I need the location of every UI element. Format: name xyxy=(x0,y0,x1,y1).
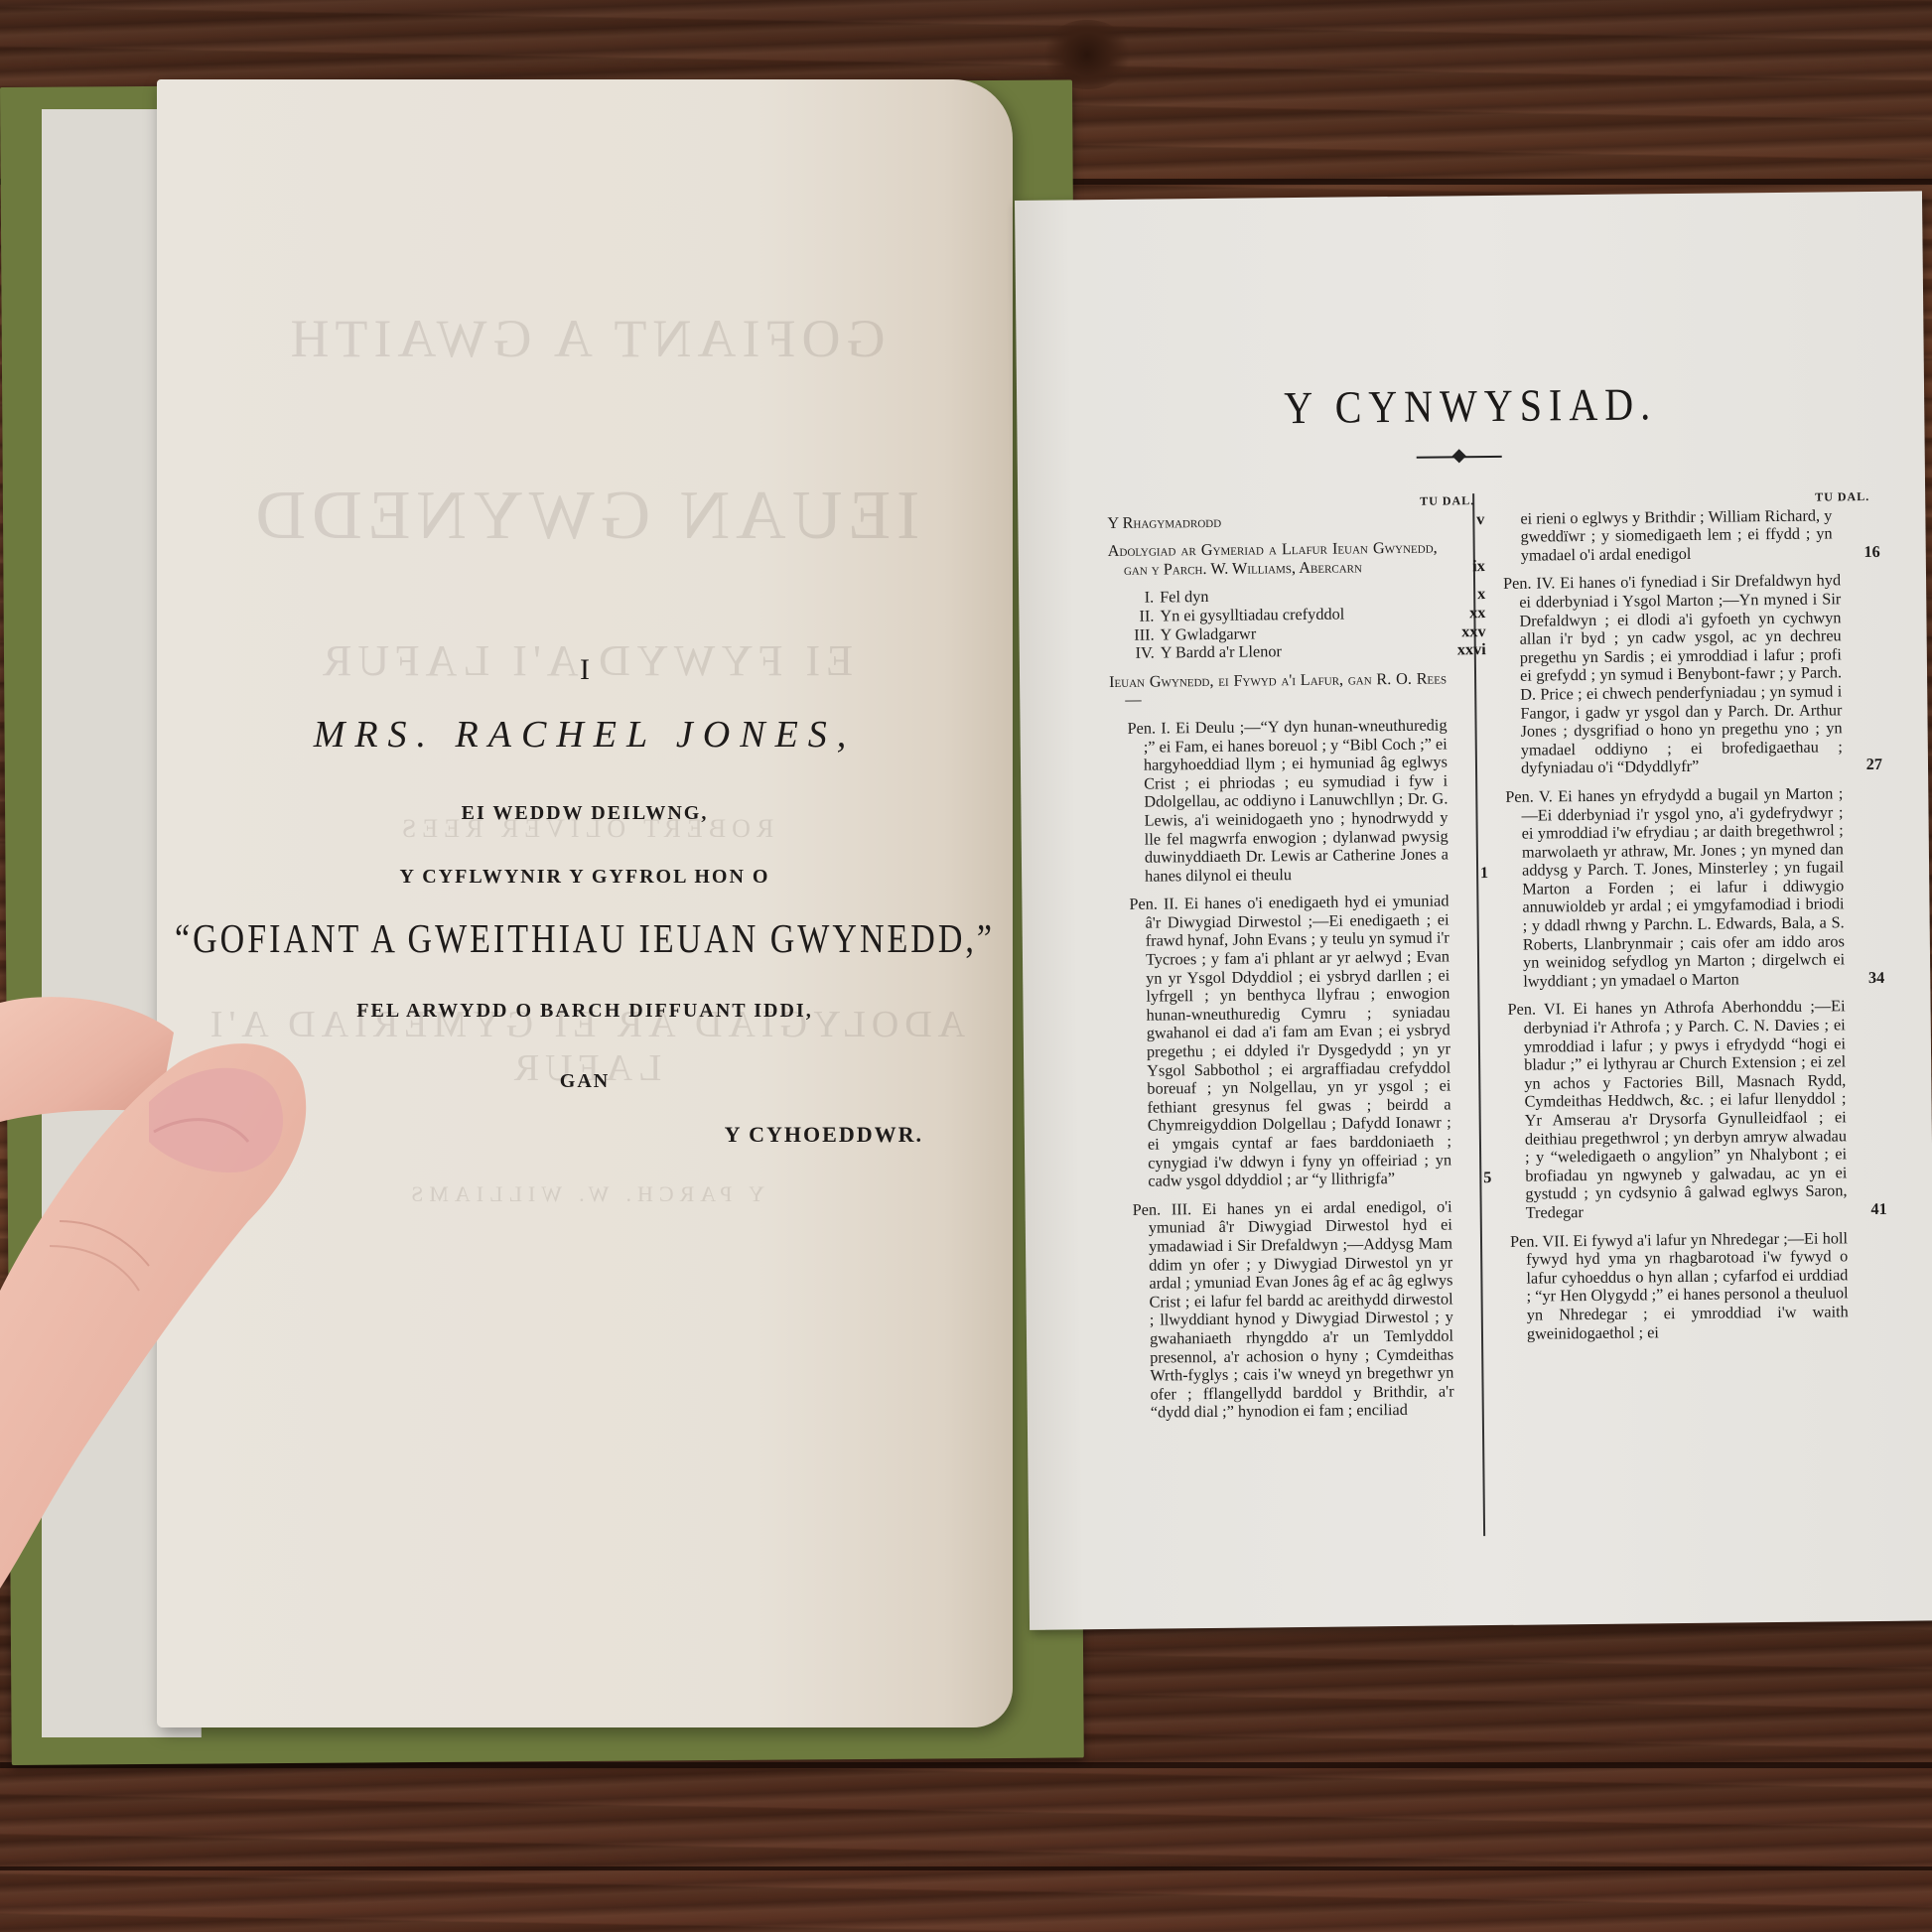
chapter-label: Pen. VII. xyxy=(1510,1231,1569,1251)
toc-chapter[interactable]: Pen. V. Ei hanes yn efrydydd a bugail yn… xyxy=(1505,784,1845,991)
toc-page-number: xx xyxy=(1442,604,1485,622)
chapter-summary: Ei hanes yn ei ardal enedigol, o'i ymuni… xyxy=(1149,1196,1454,1422)
section-number: II. xyxy=(1108,607,1160,625)
toc-page-number: xxvi xyxy=(1443,640,1486,659)
dedication-line: EI WEDDW DEILWNG, xyxy=(157,802,1013,825)
toc-entry-text: Y Rhagymadrodd xyxy=(1107,510,1441,532)
toc-page-number: x xyxy=(1442,585,1485,604)
toc-page-number: 27 xyxy=(1866,756,1882,774)
ornamental-rule-diamond xyxy=(1452,449,1466,463)
section-number: I. xyxy=(1108,589,1160,608)
toc-page-number: 1 xyxy=(1480,864,1488,883)
chapter-label: Pen. I. xyxy=(1127,718,1170,737)
toc-entry[interactable]: Y Rhagymadrodd v xyxy=(1107,510,1445,532)
chapter-summary: Ei hanes yn Athrofa Aberhonddu ;—Ei derb… xyxy=(1524,997,1848,1222)
toc-page-number: ix xyxy=(1472,557,1485,576)
contents-column-right: TU DAL. ei rieni o eglwys y Brithdir ; W… xyxy=(1502,487,1849,1353)
contents-page[interactable]: Y CYNWYSIAD. TU DAL. Y Rhagymadrodd v Ad… xyxy=(1015,191,1932,1629)
chapter-summary: Ei hanes o'i enedigaeth hyd ei ymuniad â… xyxy=(1146,892,1452,1190)
toc-page-number: 16 xyxy=(1863,543,1879,562)
plank-seam xyxy=(0,1866,1932,1870)
dedication-line: GAN xyxy=(157,1070,1013,1093)
section-number: III. xyxy=(1108,625,1160,644)
contents-column-left: TU DAL. Y Rhagymadrodd v Adolygiad ar Gy… xyxy=(1107,491,1454,1432)
chapter-summary: Ei Deulu ;—“Y dyn hunan-wneuthuredig ;” … xyxy=(1144,715,1449,885)
chapter-summary: Ei fywyd a'i lafur yn Nhredegar ;—Ei hol… xyxy=(1526,1228,1849,1342)
toc-chapter[interactable]: Pen. II. Ei hanes o'i enedigaeth hyd ei … xyxy=(1111,893,1451,1191)
toc-page-number: 5 xyxy=(1483,1169,1491,1187)
toc-chapter[interactable]: Pen. III. Ei hanes yn ei ardal enedigol,… xyxy=(1115,1197,1454,1423)
toc-page-number: v xyxy=(1441,510,1484,529)
toc-page-number: 41 xyxy=(1870,1200,1886,1219)
chapter-label: Pen. V. xyxy=(1505,786,1553,805)
toc-chapter[interactable]: Pen. VII. Ei fywyd a'i lafur yn Nhredega… xyxy=(1510,1229,1849,1343)
toc-chapter[interactable]: Pen. IV. Ei hanes o'i fynediad i Sir Dre… xyxy=(1503,572,1843,778)
chapter-label: Pen. IV. xyxy=(1503,574,1556,594)
toc-chapter[interactable]: Pen. VI. Ei hanes yn Athrofa Aberhonddu … xyxy=(1507,998,1847,1223)
book-title: “GOFIANT A GWEITHIAU IEUAN GWYNEDD,” xyxy=(157,917,1013,963)
chapter-summary: Ei hanes o'i fynediad i Sir Drefaldwyn h… xyxy=(1519,571,1843,777)
toc-section-heading[interactable]: Ieuan Gwynedd, ei Fywyd a'i Lafur, gan R… xyxy=(1109,669,1447,710)
show-through-text: GOFIANT A GWAITH xyxy=(157,308,1013,369)
toc-subentry[interactable]: IV. Y Bardd a'r Llenor xxvi xyxy=(1109,641,1447,663)
show-through-text: IEUAN GWYNEDD xyxy=(157,477,1013,556)
dedication-to: I xyxy=(157,653,1013,687)
publisher-signature: Y CYHOEDDWR. xyxy=(725,1122,923,1148)
toc-chapter[interactable]: Pen. I. Ei Deulu ;—“Y dyn hunan-wneuthur… xyxy=(1109,716,1449,886)
dedication-line: Y CYFLWYNIR Y GYFROL HON O xyxy=(157,866,1013,889)
toc-entry[interactable]: Adolygiad ar Gymeriad a Llafur Ieuan Gwy… xyxy=(1108,539,1446,580)
toc-chapter-continued[interactable]: ei rieni o eglwys y Brithdir ; William R… xyxy=(1502,506,1841,565)
toc-page-number: xxv xyxy=(1442,622,1485,641)
contents-title: Y CYNWYSIAD. xyxy=(1017,374,1925,438)
toc-page-number: 34 xyxy=(1868,969,1884,988)
section-number: IV. xyxy=(1109,644,1161,663)
chapter-summary: Ei hanes yn efrydydd a bugail yn Marton … xyxy=(1521,783,1845,990)
toc-entry-text: Adolygiad ar Gymeriad a Llafur Ieuan Gwy… xyxy=(1108,538,1438,579)
chapter-label: Pen. II. xyxy=(1129,895,1178,914)
wood-knot xyxy=(1042,20,1132,89)
chapter-label: Pen. VI. xyxy=(1507,1000,1565,1020)
dedication-line: FEL ARWYDD O BARCH DIFFUANT IDDI, xyxy=(157,1000,1013,1023)
dedicatee-name: MRS. RACHEL JONES, xyxy=(157,713,1013,757)
show-through-text: Y PARCH. W. WILLIAMS xyxy=(157,1181,1013,1207)
dedication-page[interactable]: GOFIANT A GWAITH IEUAN GWYNEDD EI FYWYD … xyxy=(157,79,1013,1727)
chapter-summary: ei rieni o eglwys y Brithdir ; William R… xyxy=(1520,505,1832,564)
chapter-label: Pen. III. xyxy=(1133,1199,1192,1219)
toc-entry-text: Y Bardd a'r Llenor xyxy=(1161,641,1443,663)
